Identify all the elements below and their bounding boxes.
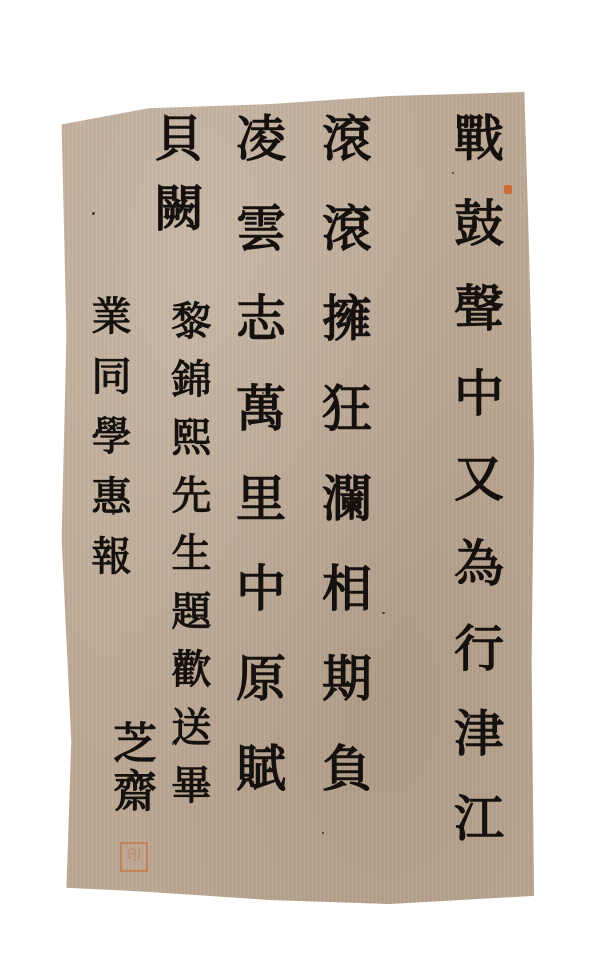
red-seal-stamp: 印 [120,842,148,872]
calligraphy-column-2: 滾滾擁狂瀾相期負 [318,112,368,902]
inscription-column-5: 黎錦熙先生題歡送畢 [168,300,208,900]
paper-speck [382,612,385,614]
calligraphy-column-4: 貝闕 [150,112,200,312]
inscription-column-6: 業同學惠報 [88,295,128,655]
calligraphy-column-1: 戰鼓聲中又為行津江 [450,112,500,902]
calligraphy-column-3: 凌雲志萬里中原賦 [232,112,282,832]
artist-signature: 芝齋 [108,720,152,840]
paper-speck [92,212,95,215]
red-ink-spot [504,185,512,194]
